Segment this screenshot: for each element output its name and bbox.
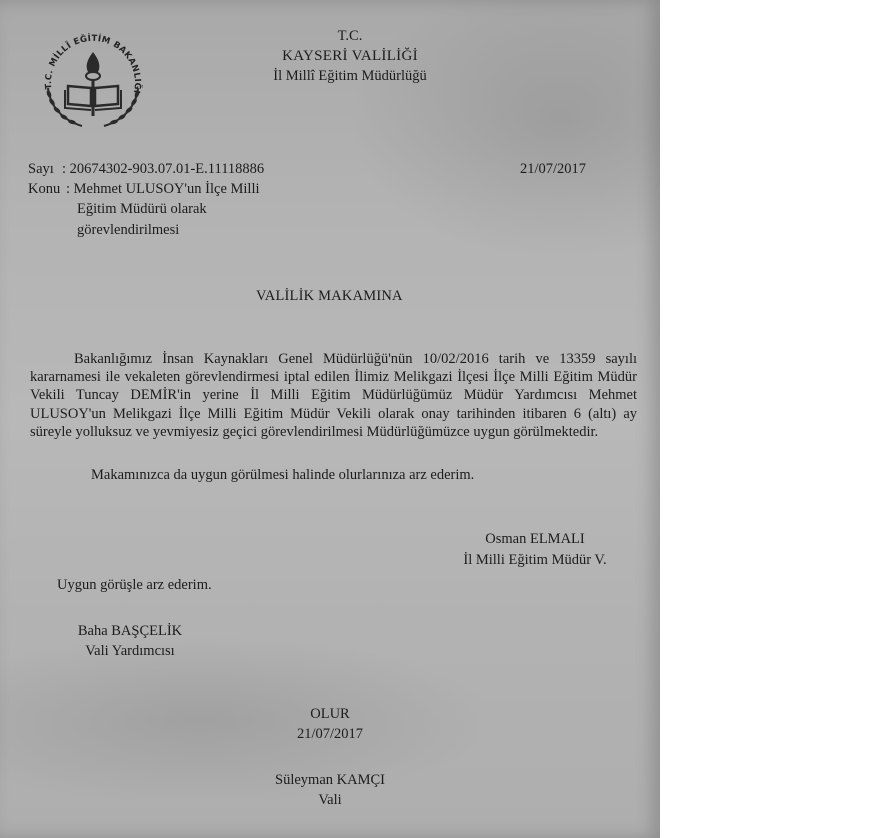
document-page: T.C. MİLLÎ EĞİTİM BAKANLIĞI T.C. KAYSERİ — [0, 0, 660, 838]
signatory1-title: İl Milli Eğitim Müdür V. — [440, 551, 630, 569]
approval-label: OLUR — [240, 705, 420, 723]
approval-date: 21/07/2017 — [240, 725, 420, 743]
recipient: VALİLİK MAKAMINA — [256, 287, 403, 305]
body-paragraph: Bakanlığımız İnsan Kaynakları Genel Müdü… — [30, 350, 637, 441]
closing-sentence: Makamınızca da uygun görülmesi halinde o… — [91, 467, 474, 484]
approval-title: Vali — [240, 791, 420, 809]
sayi-value: : 20674302-903.07.01-E.11118886 — [62, 160, 264, 178]
konu-line-1: : Mehmet ULUSOY'un İlçe Milli — [66, 180, 260, 198]
konu-line-2: Eğitim Müdürü olarak — [77, 200, 207, 218]
konu-line-3: görevlendirilmesi — [77, 221, 179, 239]
approval-name: Süleyman KAMÇI — [240, 771, 420, 789]
endorsement-name: Baha BAŞÇELİK — [60, 622, 200, 640]
endorsement-title: Vali Yardımcısı — [60, 642, 200, 660]
letterhead-tc: T.C. — [250, 26, 450, 46]
document-date: 21/07/2017 — [520, 160, 586, 178]
letterhead-directorate: İl Millî Eğitim Müdürlüğü — [250, 66, 450, 86]
ministry-logo-icon: T.C. MİLLÎ EĞİTİM BAKANLIĞI — [38, 30, 148, 130]
konu-label: Konu — [28, 180, 60, 198]
endorsement-text: Uygun görüşle arz ederim. — [57, 576, 212, 594]
letterhead-governorship: KAYSERİ VALİLİĞİ — [250, 46, 450, 66]
signatory1-name: Osman ELMALI — [440, 530, 630, 548]
letterhead: T.C. KAYSERİ VALİLİĞİ İl Millî Eğitim Mü… — [250, 26, 450, 86]
sayi-label: Sayı — [28, 160, 54, 178]
